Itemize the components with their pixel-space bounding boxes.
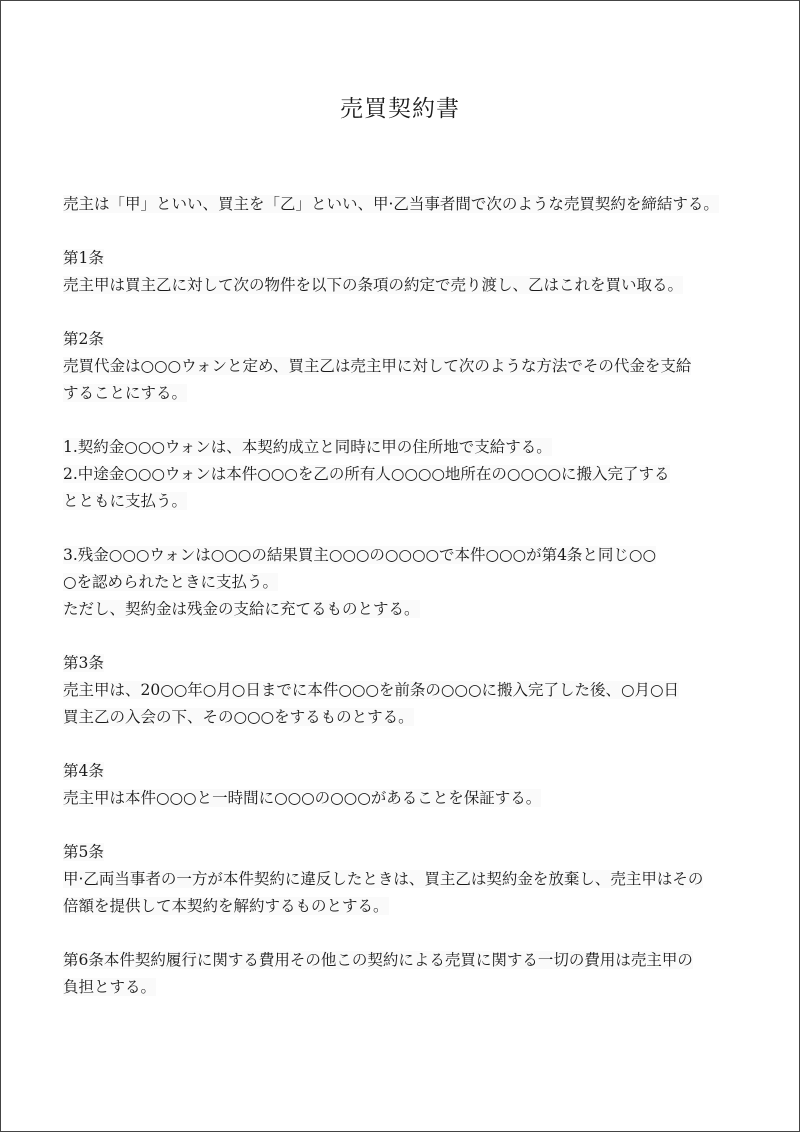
document-title: 売買契約書	[1, 93, 799, 125]
payment-items-group-1: 1.契約金○○○ウォンは、本契約成立と同時に甲の住所地で支給する。 2.中途金○…	[63, 434, 743, 515]
article-heading: 第2条	[63, 326, 743, 353]
article-text: 売主甲は、20○○年○月○日までに本件○○○を前条の○○○に搬入完了した後、○月…	[63, 677, 743, 704]
article-text: することにする。	[63, 380, 743, 407]
article-5: 第5条 甲·乙両当事者の一方が本件契約に違反したときは、買主乙は契約金を放棄し、…	[63, 839, 743, 920]
payment-item: 2.中途金○○○ウォンは本件○○○を乙の所有人○○○○地所在の○○○○に搬入完了…	[63, 461, 743, 488]
article-2: 第2条 売買代金は○○○ウォンと定め、買主乙は売主甲に対して次のような方法でその…	[63, 326, 743, 623]
article-3: 第3条 売主甲は、20○○年○月○日までに本件○○○を前条の○○○に搬入完了した…	[63, 650, 743, 731]
article-heading: 第1条	[63, 245, 743, 272]
article-text: 負担とする。	[63, 974, 743, 1001]
intro-paragraph: 売主は「甲」といい、買主を「乙」といい、甲·乙当事者間で次のような売買契約を締結…	[63, 191, 743, 218]
payment-item: 1.契約金○○○ウォンは、本契約成立と同時に甲の住所地で支給する。	[63, 434, 743, 461]
payment-item: とともに支払う。	[63, 488, 743, 515]
article-6: 第6条本件契約履行に関する費用その他この契約による売買に関する一切の費用は売主甲…	[63, 947, 743, 1001]
article-heading: 第5条	[63, 839, 743, 866]
article-text: 売主甲は買主乙に対して次の物件を以下の条項の約定で売り渡し、乙はこれを買い取る。	[63, 272, 743, 299]
payment-item: 3.残金○○○ウォンは○○○の結果買主○○○の○○○○で本件○○○が第4条と同じ…	[63, 542, 743, 569]
article-text: 売買代金は○○○ウォンと定め、買主乙は売主甲に対して次のような方法でその代金を支…	[63, 353, 743, 380]
article-text: 売主甲は本件○○○と一時間に○○○の○○○があることを保証する。	[63, 785, 743, 812]
article-1: 第1条 売主甲は買主乙に対して次の物件を以下の条項の約定で売り渡し、乙はこれを買…	[63, 245, 743, 299]
article-heading: 第4条	[63, 758, 743, 785]
article-text: 買主乙の入会の下、その○○○をするものとする。	[63, 704, 743, 731]
article-heading: 第3条	[63, 650, 743, 677]
article-text: 倍額を提供して本契約を解約するものとする。	[63, 893, 743, 920]
document-body: 売主は「甲」といい、買主を「乙」といい、甲·乙当事者間で次のような売買契約を締結…	[63, 191, 743, 1001]
article-4: 第4条 売主甲は本件○○○と一時間に○○○の○○○があることを保証する。	[63, 758, 743, 812]
article-text: 甲·乙両当事者の一方が本件契約に違反したときは、買主乙は契約金を放棄し、売主甲は…	[63, 866, 743, 893]
payment-item: ○を認められたときに支払う。	[63, 569, 743, 596]
payment-items-group-2: 3.残金○○○ウォンは○○○の結果買主○○○の○○○○で本件○○○が第4条と同じ…	[63, 542, 743, 623]
payment-item: ただし、契約金は残金の支給に充てるものとする。	[63, 596, 743, 623]
article-text: 第6条本件契約履行に関する費用その他この契約による売買に関する一切の費用は売主甲…	[63, 947, 743, 974]
document-page: 売買契約書 売主は「甲」といい、買主を「乙」といい、甲·乙当事者間で次のような売…	[0, 0, 800, 1132]
